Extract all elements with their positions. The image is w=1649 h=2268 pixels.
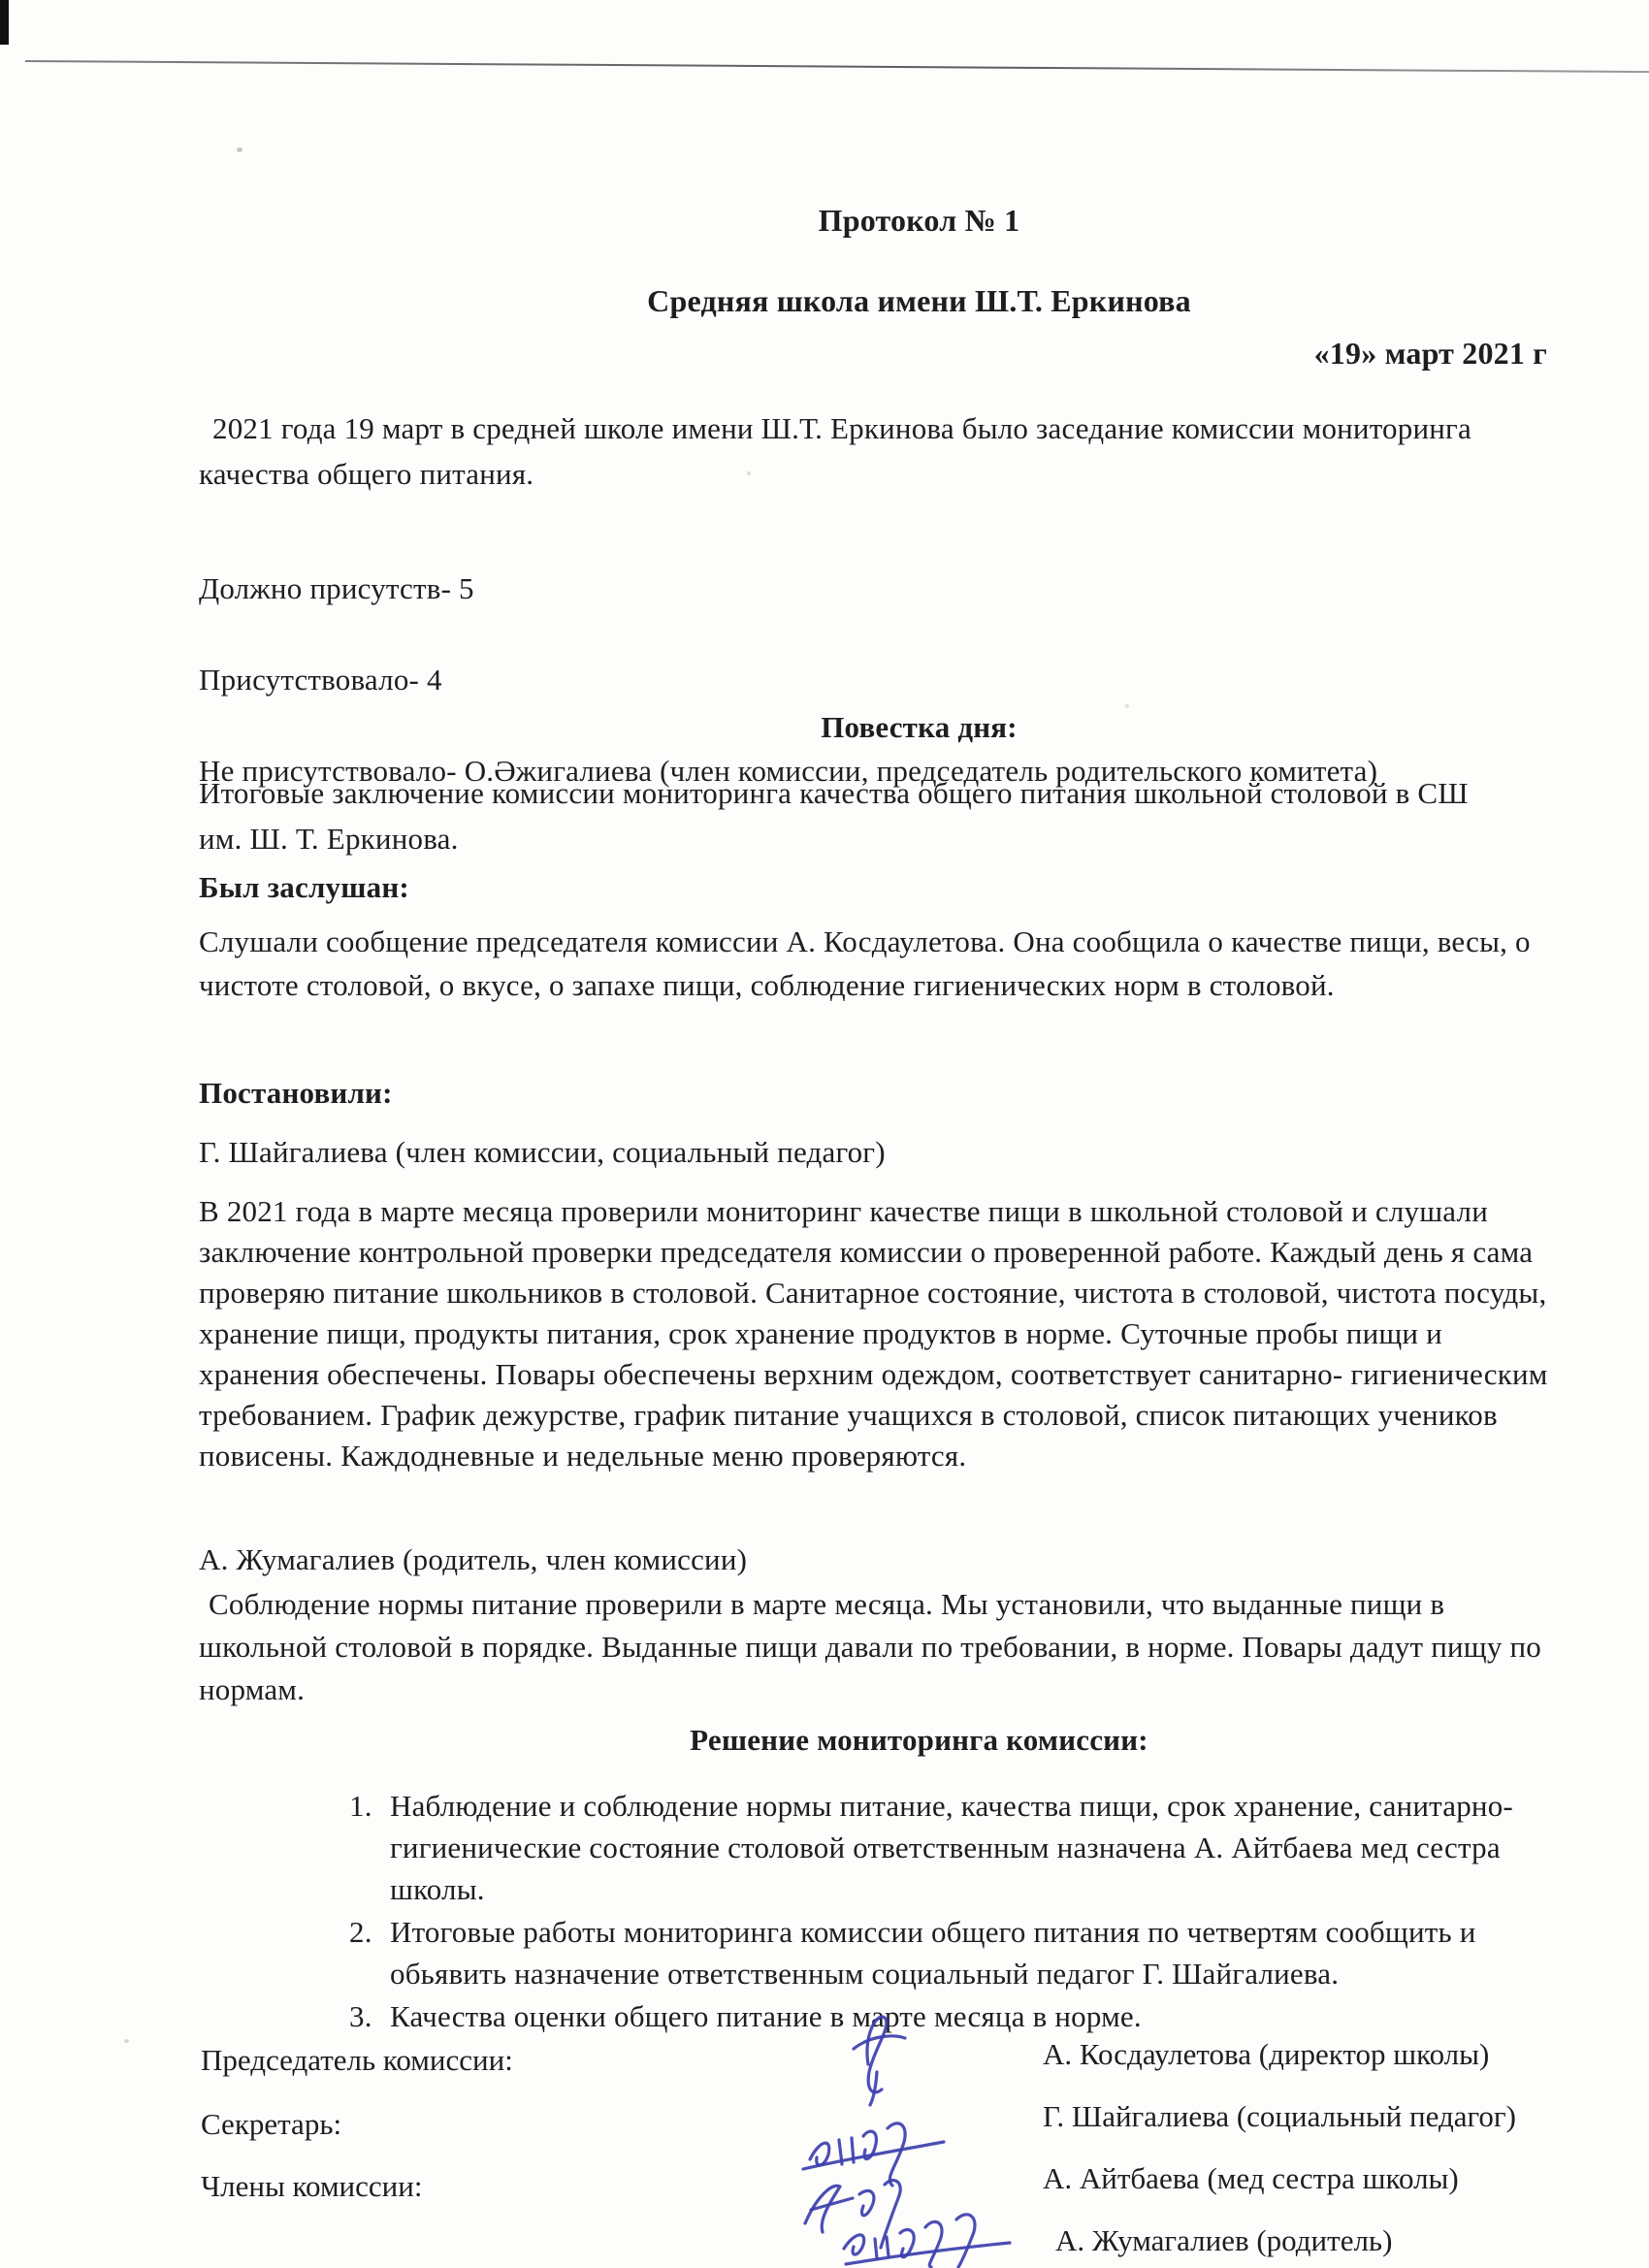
decision-item-2: 2. Итоговые работы мониторинга комиссии …	[349, 1911, 1547, 1994]
resolved-heading: Постановили:	[199, 1072, 1639, 1115]
agenda-body: Итоговые заключение комиссии мониторинга…	[199, 770, 1470, 861]
scan-line-artifact	[25, 60, 1649, 73]
scan-speck	[124, 2039, 129, 2043]
decision-item-1-text: Наблюдение и соблюдение нормы питание, к…	[390, 1789, 1513, 1906]
decision-heading: Решение мониторинга комиссии:	[199, 1719, 1639, 1762]
speaker-zhumagaliev: А. Жумагалиев (родитель, член комиссии)	[199, 1539, 1639, 1581]
speaker-shaygalieva: Г. Шайгалиева (член комиссии, социальный…	[199, 1131, 1639, 1174]
resolved-report-2: Соблюдение нормы питание проверили в мар…	[199, 1583, 1557, 1711]
handwritten-signatures-ink	[776, 2004, 1067, 2268]
decision-item-2-number: 2.	[349, 1911, 372, 1953]
signature-name-kosdauletova: А. Косдаулетова (директор школы)	[1043, 2037, 1489, 2072]
document-title: Протокол № 1	[199, 199, 1639, 242]
heard-heading: Был заслушан:	[199, 866, 1639, 909]
signature-label-secretary: Секретарь:	[201, 2107, 341, 2142]
signature-label-chair: Председатель комиссии:	[201, 2043, 513, 2078]
signature-label-members: Члены комиссии:	[201, 2169, 422, 2204]
heard-body: Слушали сообщение председателя комиссии …	[199, 920, 1557, 1007]
intro-paragraph: 2021 года 19 март в средней школе имени …	[199, 405, 1479, 497]
scan-speck	[237, 147, 242, 152]
signature-name-shaygalieva: Г. Шайгалиева (социальный педагог)	[1043, 2099, 1516, 2134]
decision-item-1-number: 1.	[349, 1785, 372, 1827]
document-date: «19» март 2021 г	[199, 332, 1639, 374]
decision-list: 1. Наблюдение и соблюдение нормы питание…	[349, 1785, 1547, 2038]
school-name: Средняя школа имени Ш.Т. Еркинова	[199, 279, 1639, 322]
scanned-document-page: Протокол № 1 Средняя школа имени Ш.Т. Ер…	[0, 0, 1649, 2268]
signature-name-zhumagaliev: А. Жумагалиев (родитель)	[1055, 2223, 1392, 2258]
decision-item-3-number: 3.	[349, 1995, 372, 2037]
should-attend-line: Должно присутств- 5	[199, 566, 1639, 611]
decision-item-2-text: Итоговые работы мониторинга комиссии общ…	[390, 1915, 1476, 1991]
agenda-heading: Повестка дня:	[199, 706, 1639, 749]
scan-corner-artifact	[0, 0, 9, 45]
signature-name-aytbaeva: А. Айтбаева (мед сестра школы)	[1043, 2161, 1459, 2196]
attended-line: Присутствовало- 4	[199, 657, 1639, 702]
decision-item-1: 1. Наблюдение и соблюдение нормы питание…	[349, 1785, 1547, 1910]
resolved-report-1: В 2021 года в марте месяца проверили мон…	[199, 1191, 1562, 1476]
